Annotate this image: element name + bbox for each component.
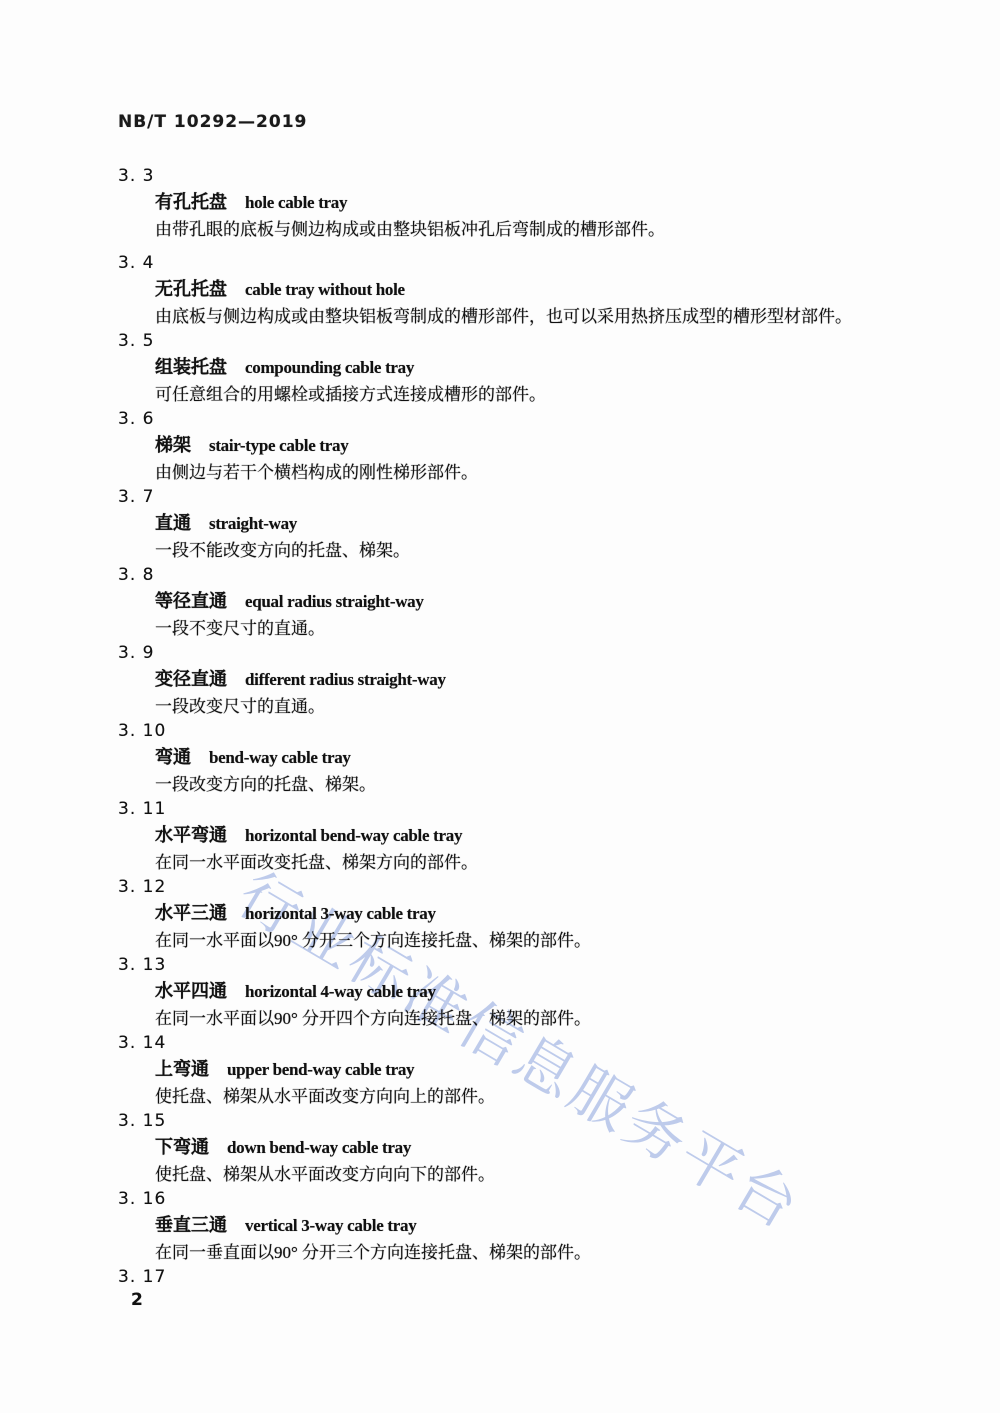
clause-number: 3. 13 xyxy=(118,952,918,978)
term-chinese: 等径直通 xyxy=(155,591,227,611)
term-section: 3. 16 垂直三通vertical 3-way cable tray 在同一垂… xyxy=(118,1186,918,1264)
clause-number: 3. 6 xyxy=(118,406,918,432)
term-english: horizontal bend-way cable tray xyxy=(245,826,462,845)
clause-number: 3. 17 xyxy=(118,1264,918,1290)
term-chinese: 梯架 xyxy=(155,435,191,455)
term-definition: 由侧边与若干个横档构成的刚性梯形部件。 xyxy=(118,460,918,486)
term-chinese: 组装托盘 xyxy=(155,357,227,377)
term-line: 变径直通different radius straight-way xyxy=(118,666,918,694)
term-definition: 一段不能改变方向的托盘、梯架。 xyxy=(118,538,918,564)
term-chinese: 水平弯通 xyxy=(155,825,227,845)
term-english: horizontal 3-way cable tray xyxy=(245,904,436,923)
term-line: 组装托盘compounding cable tray xyxy=(118,354,918,382)
clause-number: 3. 3 xyxy=(118,163,918,189)
term-english: vertical 3-way cable tray xyxy=(245,1216,416,1235)
clause-number: 3. 12 xyxy=(118,874,918,900)
term-chinese: 有孔托盘 xyxy=(155,192,227,212)
clause-number: 3. 16 xyxy=(118,1186,918,1212)
term-english: horizontal 4-way cable tray xyxy=(245,982,436,1001)
clause-number: 3. 8 xyxy=(118,562,918,588)
term-line: 水平弯通horizontal bend-way cable tray xyxy=(118,822,918,850)
term-definition: 在同一垂直面以90° 分开三个方向连接托盘、梯架的部件。 xyxy=(118,1240,918,1266)
term-chinese: 直通 xyxy=(155,513,191,533)
term-line: 无孔托盘cable tray without hole xyxy=(118,276,918,304)
term-english: equal radius straight-way xyxy=(245,592,424,611)
terms-content: 3. 3 有孔托盘hole cable tray 由带孔眼的底板与侧边构成或由整… xyxy=(118,163,918,1290)
term-line: 直通straight-way xyxy=(118,510,918,538)
term-section: 3. 12 水平三通horizontal 3-way cable tray 在同… xyxy=(118,874,918,952)
term-definition: 在同一水平面改变托盘、梯架方向的部件。 xyxy=(118,850,918,876)
term-section: 3. 8 等径直通equal radius straight-way 一段不变尺… xyxy=(118,562,918,640)
term-definition: 在同一水平面以90° 分开三个方向连接托盘、梯架的部件。 xyxy=(118,928,918,954)
term-chinese: 弯通 xyxy=(155,747,191,767)
term-english: hole cable tray xyxy=(245,193,347,212)
term-section: 3. 4 无孔托盘cable tray without hole 由底板与侧边构… xyxy=(118,250,918,328)
page-number: 2 xyxy=(131,1290,143,1310)
term-line: 上弯通upper bend-way cable tray xyxy=(118,1056,918,1084)
term-english: down bend-way cable tray xyxy=(227,1138,411,1157)
standard-code-header: NB/T 10292—2019 xyxy=(118,112,307,132)
term-line: 梯架stair-type cable tray xyxy=(118,432,918,460)
term-english: upper bend-way cable tray xyxy=(227,1060,414,1079)
term-section: 3. 9 变径直通different radius straight-way 一… xyxy=(118,640,918,718)
term-section: 3. 17 xyxy=(118,1264,918,1290)
clause-number: 3. 15 xyxy=(118,1108,918,1134)
term-chinese: 水平四通 xyxy=(155,981,227,1001)
term-definition: 一段改变尺寸的直通。 xyxy=(118,694,918,720)
term-definition: 由底板与侧边构成或由整块铝板弯制成的槽形部件，也可以采用热挤压成型的槽形型材部件… xyxy=(118,304,918,330)
term-section: 3. 15 下弯通down bend-way cable tray 使托盘、梯架… xyxy=(118,1108,918,1186)
term-section: 3. 7 直通straight-way 一段不能改变方向的托盘、梯架。 xyxy=(118,484,918,562)
term-line: 下弯通down bend-way cable tray xyxy=(118,1134,918,1162)
clause-number: 3. 11 xyxy=(118,796,918,822)
term-section: 3. 13 水平四通horizontal 4-way cable tray 在同… xyxy=(118,952,918,1030)
term-line: 水平四通horizontal 4-way cable tray xyxy=(118,978,918,1006)
term-definition: 使托盘、梯架从水平面改变方向向上的部件。 xyxy=(118,1084,918,1110)
term-section: 3. 14 上弯通upper bend-way cable tray 使托盘、梯… xyxy=(118,1030,918,1108)
term-section: 3. 3 有孔托盘hole cable tray 由带孔眼的底板与侧边构成或由整… xyxy=(118,163,918,241)
clause-number: 3. 9 xyxy=(118,640,918,666)
term-chinese: 水平三通 xyxy=(155,903,227,923)
clause-number: 3. 5 xyxy=(118,328,918,354)
term-english: bend-way cable tray xyxy=(209,748,351,767)
term-chinese: 下弯通 xyxy=(155,1137,209,1157)
term-line: 垂直三通vertical 3-way cable tray xyxy=(118,1212,918,1240)
clause-number: 3. 4 xyxy=(118,250,918,276)
term-english: cable tray without hole xyxy=(245,280,405,299)
term-definition: 可任意组合的用螺栓或插接方式连接成槽形的部件。 xyxy=(118,382,918,408)
term-definition: 在同一水平面以90° 分开四个方向连接托盘、梯架的部件。 xyxy=(118,1006,918,1032)
term-section: 3. 11 水平弯通horizontal bend-way cable tray… xyxy=(118,796,918,874)
term-english: different radius straight-way xyxy=(245,670,446,689)
term-definition: 由带孔眼的底板与侧边构成或由整块铝板冲孔后弯制成的槽形部件。 xyxy=(118,217,918,243)
term-line: 有孔托盘hole cable tray xyxy=(118,189,918,217)
clause-number: 3. 7 xyxy=(118,484,918,510)
term-definition: 一段不变尺寸的直通。 xyxy=(118,616,918,642)
clause-number: 3. 14 xyxy=(118,1030,918,1056)
term-chinese: 上弯通 xyxy=(155,1059,209,1079)
term-english: compounding cable tray xyxy=(245,358,414,377)
term-line: 等径直通equal radius straight-way xyxy=(118,588,918,616)
term-chinese: 变径直通 xyxy=(155,669,227,689)
term-english: straight-way xyxy=(209,514,297,533)
term-section: 3. 6 梯架stair-type cable tray 由侧边与若干个横档构成… xyxy=(118,406,918,484)
term-chinese: 无孔托盘 xyxy=(155,279,227,299)
term-line: 水平三通horizontal 3-way cable tray xyxy=(118,900,918,928)
term-line: 弯通bend-way cable tray xyxy=(118,744,918,772)
term-section: 3. 10 弯通bend-way cable tray 一段改变方向的托盘、梯架… xyxy=(118,718,918,796)
term-chinese: 垂直三通 xyxy=(155,1215,227,1235)
document-page: 行业标准信息服务平台 NB/T 10292—2019 3. 3 有孔托盘hole… xyxy=(0,0,1000,1413)
term-english: stair-type cable tray xyxy=(209,436,348,455)
term-definition: 使托盘、梯架从水平面改变方向向下的部件。 xyxy=(118,1162,918,1188)
term-definition: 一段改变方向的托盘、梯架。 xyxy=(118,772,918,798)
term-section: 3. 5 组装托盘compounding cable tray 可任意组合的用螺… xyxy=(118,328,918,406)
clause-number: 3. 10 xyxy=(118,718,918,744)
